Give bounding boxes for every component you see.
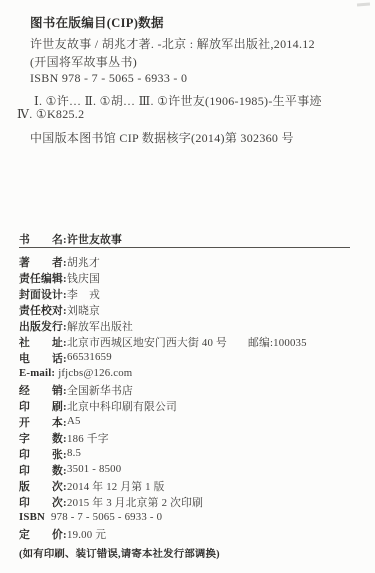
address-text: 北京市西城区地安门西大街 40 号 <box>67 337 227 349</box>
row-label: 电 话: <box>19 351 67 366</box>
row-value: 钱庆国 <box>67 271 100 286</box>
colophon-row-proofreader: 责任校对: 刘晓京 <box>19 303 359 319</box>
row-label: 印 次: <box>19 495 67 510</box>
cip-classification-line-2: Ⅳ. ①K825.2 <box>17 107 84 122</box>
colophon-row-print-run: 印 数: 3501 - 8500 <box>19 463 359 479</box>
colophon-block: 书 名: 许世友故事 著 者: 胡兆才 责任编辑: 钱庆国 封面设计: 李 戎 … <box>19 232 359 560</box>
colophon-row-publisher: 出版发行: 解放军出版社 <box>19 319 359 335</box>
cip-registry-line: 中国版本图书馆 CIP 数据核字(2014)第 302360 号 <box>30 129 294 146</box>
scan-artifact <box>357 3 370 7</box>
row-label: 著 者: <box>19 255 67 270</box>
book-title: 许世友故事 <box>67 232 122 247</box>
row-value: A5 <box>67 415 81 427</box>
colophon-row-impression: 印 次: 2015 年 3 月北京第 2 次印刷 <box>19 495 359 511</box>
colophon-row-email: E-mail: jfjcbs@126.com <box>19 367 359 383</box>
row-label: 书 名: <box>19 232 67 247</box>
copyright-page: 图书在版编目(CIP)数据 许世友故事 / 胡兆才著. -北京 : 解放军出版社… <box>0 0 375 573</box>
colophon-row-edition: 版 次: 2014 年 12 月第 1 版 <box>19 479 359 495</box>
row-value: 66531659 <box>67 351 112 363</box>
colophon-row-distributor: 经 销: 全国新华书店 <box>19 383 359 399</box>
isbn-number: 978 - 7 - 5065 - 6933 - 0 <box>51 511 162 523</box>
row-value: 胡兆才 <box>67 255 100 270</box>
cip-header: 图书在版编目(CIP)数据 <box>30 13 164 31</box>
colophon-row-cover-design: 封面设计: 李 戎 <box>19 287 359 303</box>
row-value: 19.00 元 <box>67 527 106 542</box>
colophon-row-price: 定 价: 19.00 元 <box>19 527 359 543</box>
row-value: 北京中科印刷有限公司 <box>67 399 177 414</box>
row-label: E-mail: <box>19 367 55 379</box>
row-label: 定 价: <box>19 527 67 542</box>
row-value: 186 千字 <box>67 431 109 446</box>
row-label: 版 次: <box>19 479 67 494</box>
colophon-row-address: 社 址: 北京市西城区地安门西大街 40 号邮编:100035 <box>19 335 359 351</box>
row-label: 经 销: <box>19 383 67 398</box>
row-label: 印 刷: <box>19 399 67 414</box>
reprint-note: (如有印刷、装订错误,请寄本社发行部调换) <box>19 545 359 560</box>
colophon-row-phone: 电 话: 66531659 <box>19 351 359 367</box>
row-value: 解放军出版社 <box>67 319 133 334</box>
row-value: 8.5 <box>67 447 81 459</box>
cip-description-line: 许世友故事 / 胡兆才著. -北京 : 解放军出版社,2014.12 <box>30 35 315 52</box>
colophon-row-editor: 责任编辑: 钱庆国 <box>19 271 359 287</box>
row-value: 北京市西城区地安门西大街 40 号邮编:100035 <box>67 335 307 350</box>
title-divider <box>19 247 350 248</box>
row-value: 2014 年 12 月第 1 版 <box>67 479 165 494</box>
row-label: ISBN <box>19 511 45 523</box>
row-value: 李 戎 <box>67 287 100 302</box>
colophon-row-format: 开 本: A5 <box>19 415 359 431</box>
row-label: 印 数: <box>19 463 67 478</box>
row-value: 全国新华书店 <box>67 383 133 398</box>
row-label: 社 址: <box>19 335 67 350</box>
colophon-row-author: 著 者: 胡兆才 <box>19 255 359 271</box>
colophon-row-printer: 印 刷: 北京中科印刷有限公司 <box>19 399 359 415</box>
row-value: 3501 - 8500 <box>67 463 121 475</box>
row-label: 出版发行: <box>19 319 67 334</box>
colophon-row-sheets: 印 张: 8.5 <box>19 447 359 463</box>
row-label: 责任编辑: <box>19 271 67 286</box>
postal-code: 邮编:100035 <box>248 335 307 350</box>
colophon-row-title: 书 名: 许世友故事 <box>19 232 359 247</box>
row-value: 刘晓京 <box>67 303 100 318</box>
colophon-row-isbn: ISBN 978 - 7 - 5065 - 6933 - 0 <box>19 511 359 527</box>
row-label: 开 本: <box>19 415 67 430</box>
cip-isbn-line: ISBN 978 - 7 - 5065 - 6933 - 0 <box>30 71 187 86</box>
row-label: 封面设计: <box>19 287 67 302</box>
row-label: 印 张: <box>19 447 67 462</box>
colophon-row-word-count: 字 数: 186 千字 <box>19 431 359 447</box>
row-label: 责任校对: <box>19 303 67 318</box>
cip-series-line: (开国将军故事丛书) <box>30 53 137 70</box>
row-label: 字 数: <box>19 431 67 446</box>
email-address: jfjcbs@126.com <box>58 367 132 379</box>
row-value: 2015 年 3 月北京第 2 次印刷 <box>67 495 203 510</box>
